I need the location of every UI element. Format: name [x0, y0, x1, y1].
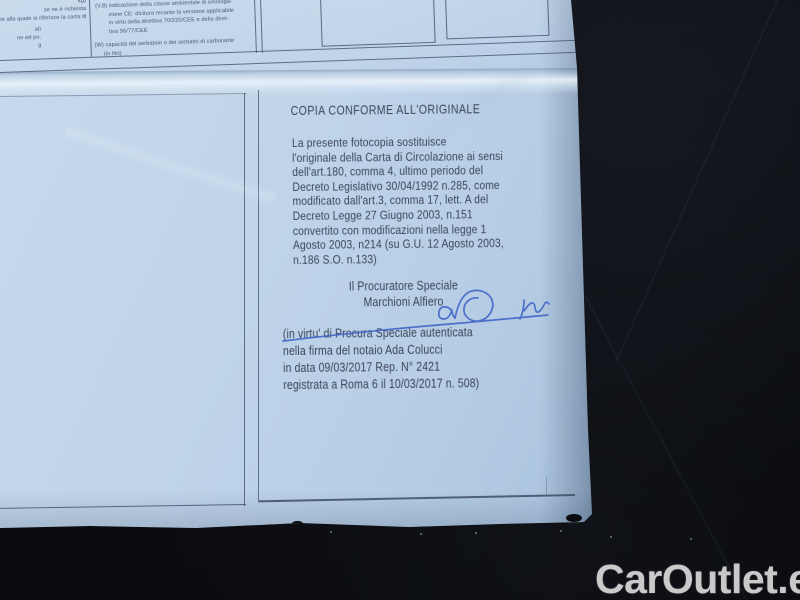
shadow-blemish: [566, 514, 582, 522]
typed-text-layer: COPIA CONFORME ALL'ORIGINALE La presente…: [0, 0, 603, 549]
dust-speck: [420, 533, 422, 535]
dust-speck: [330, 531, 332, 533]
dust-speck: [610, 536, 612, 538]
dust-speck: [560, 530, 562, 532]
caroutlet-watermark: CarOutlet.eu: [595, 556, 800, 600]
document-body-paragraph: La presente fotocopia sostituisce l'orig…: [292, 133, 562, 267]
dust-speck: [690, 538, 692, 540]
document-heading: COPIA CONFORME ALL'ORIGINALE: [291, 102, 526, 118]
document-paper: kg) se ne è richiesta azione alla quale …: [0, 0, 600, 545]
dust-speck: [475, 532, 477, 534]
signature-scribble: [272, 280, 572, 350]
